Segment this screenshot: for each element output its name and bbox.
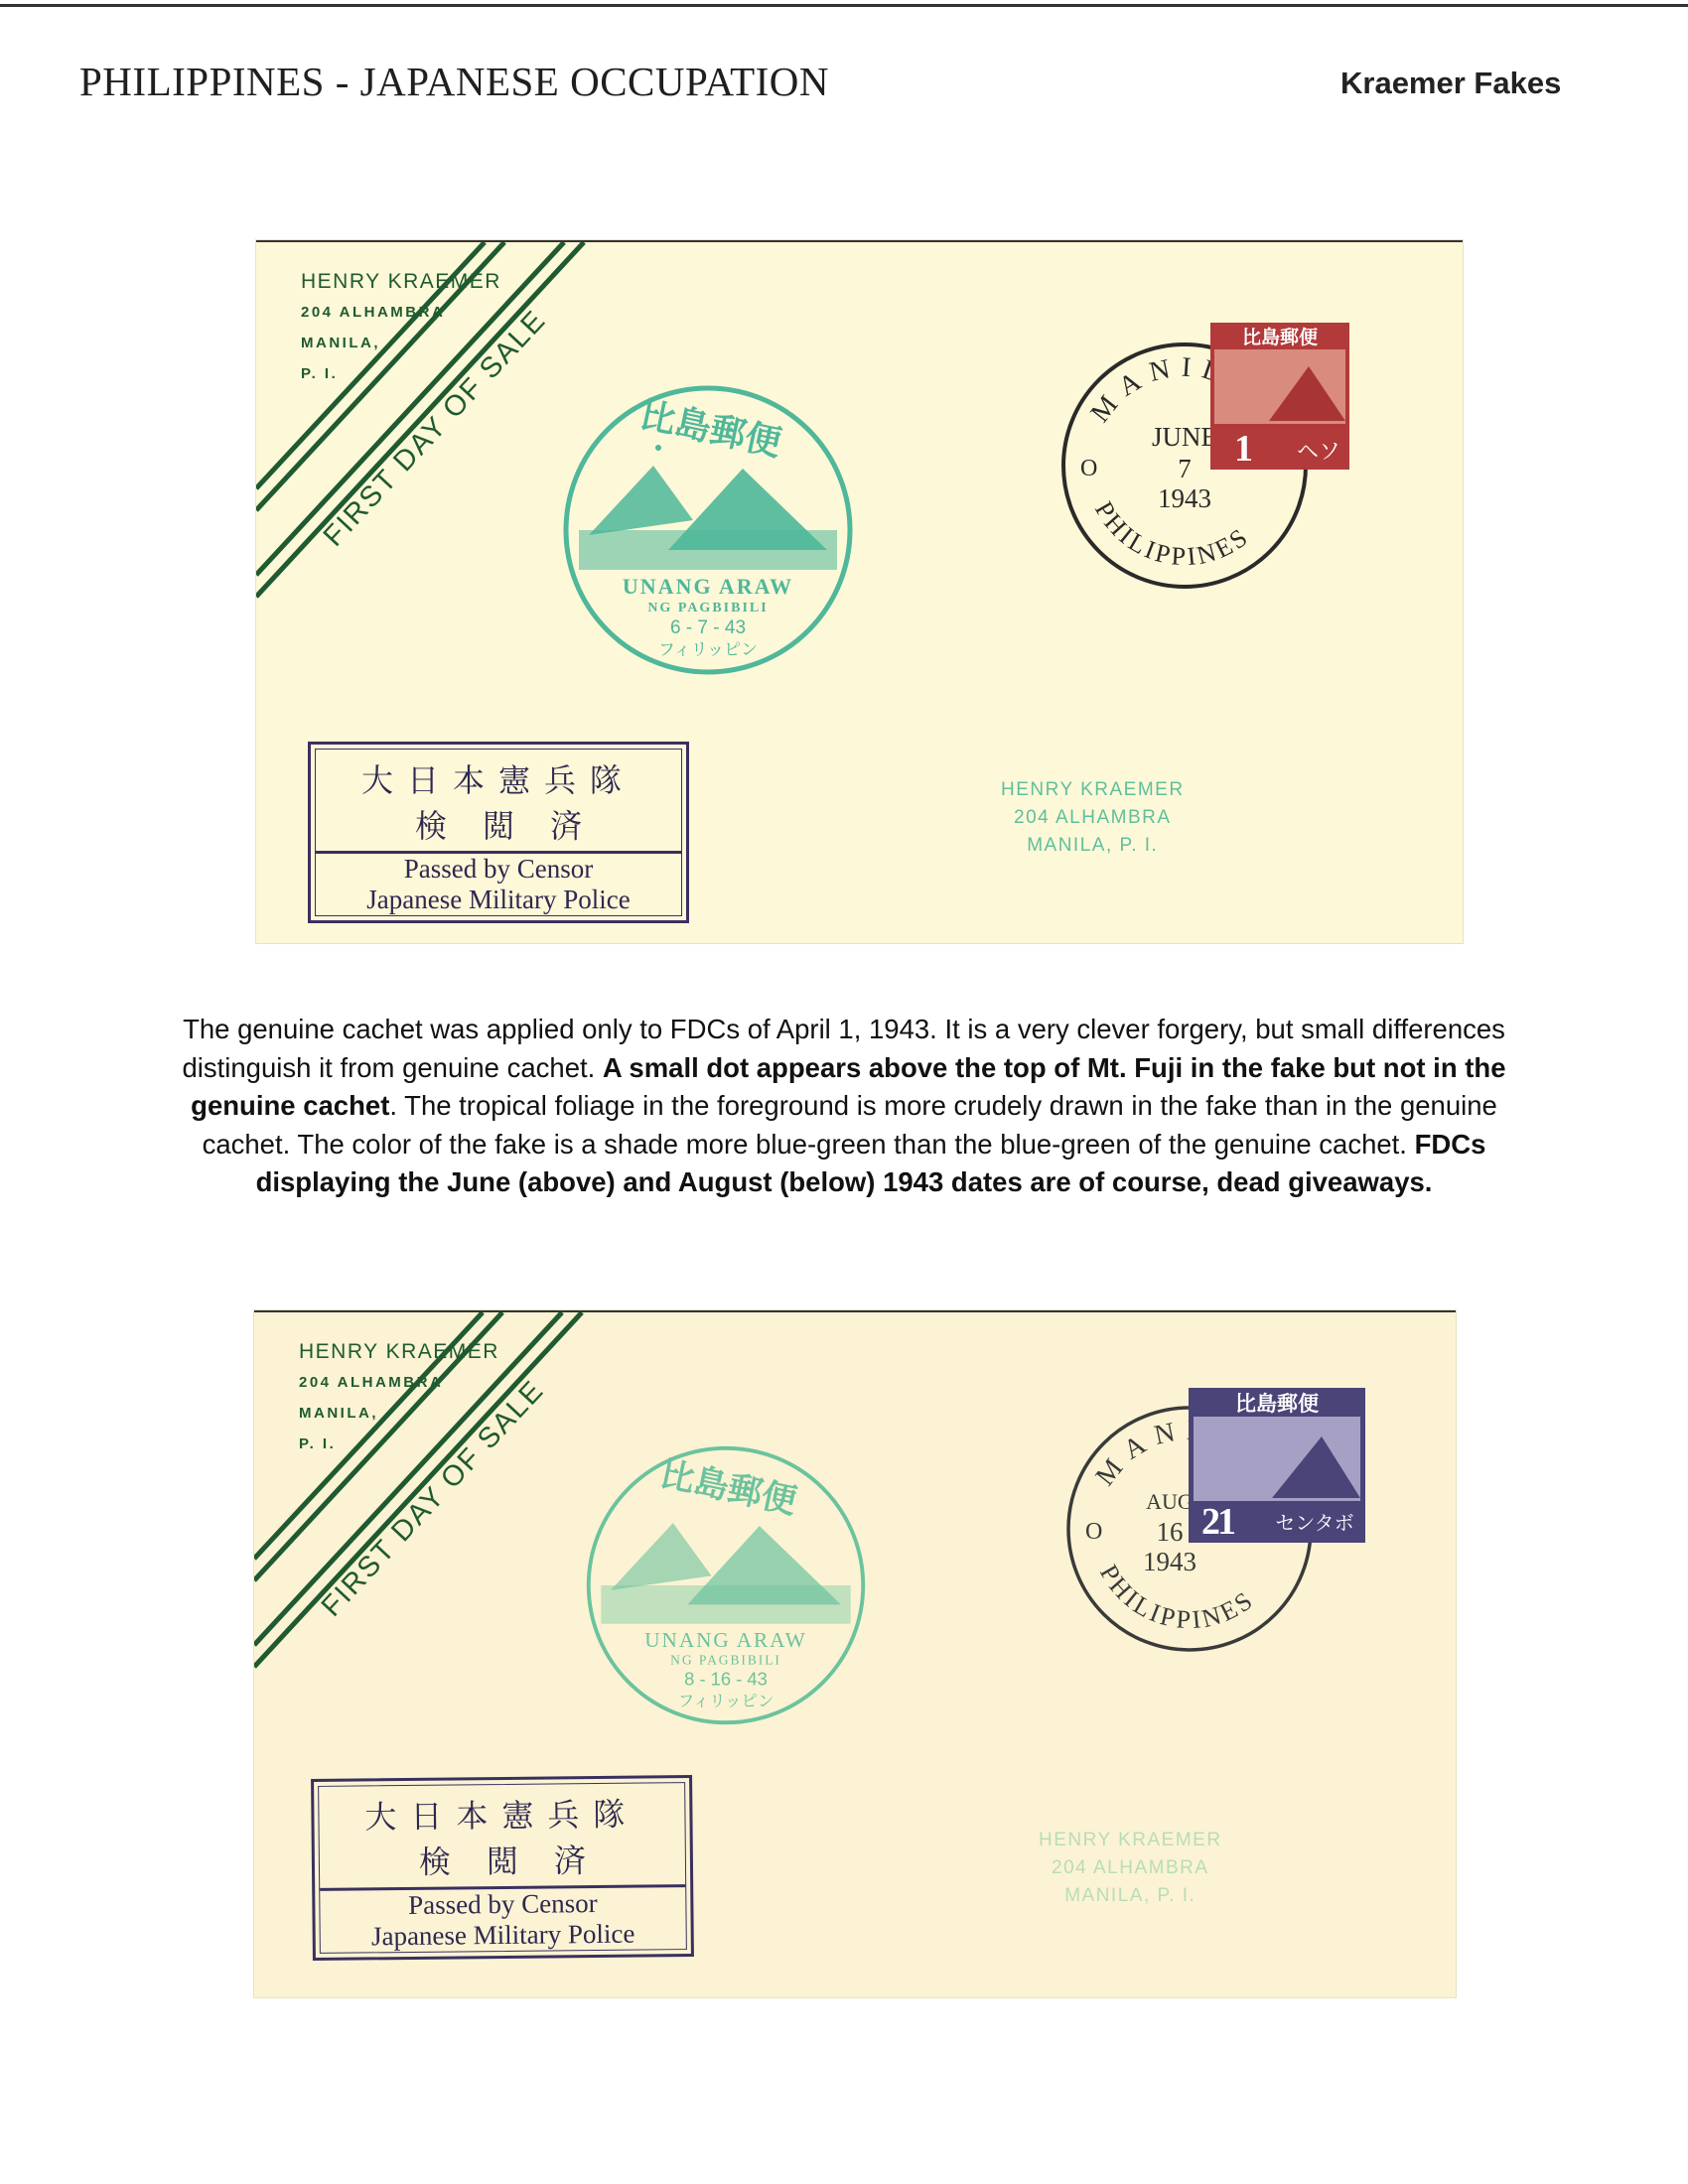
svg-text:O: O	[1085, 1519, 1102, 1545]
svg-text:UNANG ARAW: UNANG ARAW	[623, 574, 793, 599]
svg-text:センタボ: センタボ	[1275, 1511, 1353, 1535]
svg-text:1: 1	[1234, 428, 1253, 470]
svg-text:UNANG ARAW: UNANG ARAW	[644, 1628, 806, 1652]
svg-text:比島郵便: 比島郵便	[1242, 326, 1318, 348]
sender-name: HENRY KRAEMER	[299, 1340, 499, 1364]
top-rule	[0, 4, 1688, 7]
mountain-icon	[611, 1523, 712, 1590]
stamp-1-peso: 比島郵便 1 ヘソ	[1209, 322, 1350, 476]
cachet-circle: 比島郵便 UNANG ARAW NG PAGBIBILI 8 - 16 - 43…	[582, 1441, 870, 1729]
sender-street: 204 ALHAMBRA	[301, 304, 501, 321]
svg-text:NG PAGBIBILI: NG PAGBIBILI	[647, 601, 768, 615]
sender-region: P. I.	[301, 365, 501, 382]
return-address-stamp: HENRY KRAEMER 204 ALHAMBRA MANILA, P. I.	[1039, 1827, 1222, 1910]
sender-street: 204 ALHAMBRA	[299, 1374, 499, 1391]
svg-text:NG PAGBIBILI: NG PAGBIBILI	[670, 1652, 781, 1667]
svg-text:フィリッピン: フィリッピン	[678, 1692, 774, 1710]
svg-text:6 - 7 - 43: 6 - 7 - 43	[670, 617, 746, 638]
svg-text:1943: 1943	[1143, 1547, 1196, 1576]
sender-name: HENRY KRAEMER	[301, 270, 501, 294]
cover-august: FIRST DAY OF SALE HENRY KRAEMER 204 ALHA…	[254, 1310, 1456, 1997]
mountain-icon	[589, 466, 693, 535]
sender-address: HENRY KRAEMER 204 ALHAMBRA MANILA, P. I.	[299, 1340, 499, 1466]
sender-city: MANILA,	[301, 335, 501, 351]
svg-text:1: 1	[1217, 1501, 1236, 1543]
sender-city: MANILA,	[299, 1405, 499, 1422]
cachet-top-text: 比島郵便	[636, 395, 784, 465]
description-text: The genuine cachet was applied only to F…	[159, 1011, 1529, 1202]
svg-text:8 - 16 - 43: 8 - 16 - 43	[684, 1669, 768, 1690]
stamp-2-centavos: 比島郵便 2 1 センタボ	[1188, 1387, 1366, 1549]
cachet-circle: 比島郵便 UNANG ARAW NG PAGBIBILI 6 - 7 - 43 …	[559, 381, 857, 679]
svg-text:7: 7	[1178, 454, 1192, 483]
svg-text:JUNE: JUNE	[1152, 422, 1217, 452]
svg-text:ヘソ: ヘソ	[1297, 440, 1340, 465]
sender-address: HENRY KRAEMER 204 ALHAMBRA MANILA, P. I.	[301, 270, 501, 396]
sender-region: P. I.	[299, 1435, 499, 1452]
cover-june: FIRST DAY OF SALE HENRY KRAEMER 204 ALHA…	[256, 240, 1463, 943]
fuji-dot-icon	[655, 445, 661, 451]
cachet-top-text: 比島郵便	[656, 1454, 800, 1522]
censor-stamp: 大日本憲兵隊 検閲済 Passed by Censor Japanese Mil…	[308, 742, 689, 923]
svg-text:AUG: AUG	[1146, 1489, 1194, 1514]
svg-text:O: O	[1080, 456, 1097, 481]
page-title: PHILIPPINES - JAPANESE OCCUPATION	[79, 58, 829, 105]
svg-text:フィリッピン: フィリッピン	[658, 640, 758, 660]
svg-text:16: 16	[1157, 1517, 1184, 1547]
svg-text:1943: 1943	[1158, 483, 1211, 513]
censor-stamp: 大日本憲兵隊 検閲済 Passed by Censor Japanese Mil…	[311, 1775, 694, 1961]
return-address-stamp: HENRY KRAEMER 204 ALHAMBRA MANILA, P. I.	[1001, 776, 1185, 860]
svg-text:比島郵便: 比島郵便	[1235, 1392, 1319, 1416]
page-subtitle: Kraemer Fakes	[1340, 66, 1561, 101]
